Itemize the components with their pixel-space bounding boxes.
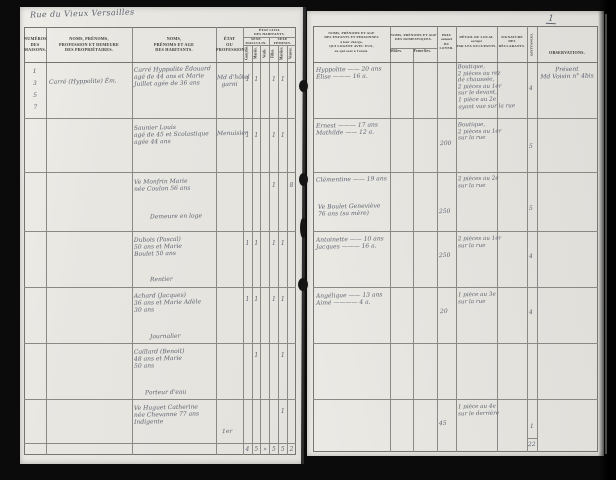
column-rule bbox=[390, 26, 391, 452]
header-domestiques: NOMS, PRÉNOMS ET AGEDES DOMESTIQUES. bbox=[390, 33, 437, 42]
row-rule bbox=[24, 443, 296, 444]
column-rule bbox=[527, 26, 528, 452]
row-rule bbox=[313, 172, 598, 173]
detail-local-entry: 2 pièces au 1ersur la rue bbox=[458, 236, 498, 250]
row-rule bbox=[313, 343, 598, 344]
header-enfants: NOMS, PRÉNOMS ET AGEDES ENFANTS ET PERSO… bbox=[314, 31, 389, 53]
habitants-entry: Ve Monfrin Marienée Coulon 56 ans bbox=[134, 177, 214, 193]
row-rule bbox=[313, 118, 598, 119]
column-rule bbox=[278, 45, 279, 455]
enfants-entry: Ernest ——— 17 ansMathilde —— 12 a. bbox=[316, 121, 388, 137]
habitants-entry: Achard (Jacques)36 ans et Marie Adèle30 … bbox=[134, 291, 214, 314]
row-rule bbox=[24, 231, 296, 232]
row-note: Rentier bbox=[150, 276, 173, 283]
etat-civil-counts: 11 bbox=[243, 352, 296, 359]
page-number: 1 bbox=[546, 16, 556, 24]
enfants-entry: Ve Boulet Geneviève76 ans (sa mère) bbox=[318, 202, 390, 218]
column-rule bbox=[260, 45, 261, 455]
quittances-count: 4 bbox=[529, 253, 533, 260]
header-rule bbox=[24, 62, 296, 63]
binding-stitch bbox=[300, 218, 306, 238]
column-rule bbox=[46, 27, 47, 455]
column-rule bbox=[537, 26, 538, 452]
etat-civil-counts: 1111 bbox=[243, 240, 296, 247]
row-rule bbox=[24, 399, 296, 400]
binding-stitch bbox=[299, 173, 308, 186]
header-numeros: NUMÉROSDESMAISONS. bbox=[24, 36, 46, 53]
row-note: Demeure en loge bbox=[150, 212, 202, 220]
row-note: Journalier bbox=[150, 333, 181, 341]
column-rule bbox=[413, 48, 414, 452]
detail-local-entry: Boutique,2 pièces au 1ersur la rue bbox=[458, 122, 498, 143]
header-etat-civil: ÉTAT CIVILDES HABITANTS. bbox=[243, 28, 296, 37]
header-etat-civil-subcolumns: Garçons.Mariés.Veufs.Filles.Mariées.Veuv… bbox=[243, 45, 296, 62]
row-note: Porteur d'eau bbox=[145, 389, 186, 397]
page-edge bbox=[605, 14, 607, 454]
scanned-census-register: Rue du Vieux Versailles NUMÉROSDESMAISON… bbox=[0, 0, 616, 480]
header-rule bbox=[313, 62, 598, 63]
column-rule bbox=[252, 45, 253, 455]
quittances-count: 4 bbox=[529, 309, 533, 316]
binding-stitch bbox=[298, 278, 308, 291]
prix-loyer-value: 45 bbox=[439, 420, 447, 427]
etat-civil-counts: 1 bbox=[243, 408, 296, 415]
row-rule bbox=[24, 172, 296, 173]
row-rule bbox=[24, 343, 296, 344]
prix-loyer-value: 20 bbox=[440, 308, 448, 315]
binding-stitch bbox=[299, 80, 308, 92]
row-rule bbox=[313, 399, 598, 400]
etat-civil-totals: 45»552 bbox=[243, 446, 296, 453]
enfants-entry: Clémentine —— 19 ans bbox=[316, 175, 388, 184]
header-prix-loyer: PRIXannuelDULOYER. bbox=[437, 33, 456, 51]
prix-loyer-value: 250 bbox=[439, 252, 451, 259]
row-rule bbox=[313, 231, 598, 232]
header-signature: SIGNATUREDESDÉCLARANTS. bbox=[497, 35, 527, 48]
prix-loyer-value: 200 bbox=[440, 140, 452, 147]
header-observations: OBSERVATIONS. bbox=[549, 50, 585, 55]
quittances-count: 5 bbox=[529, 143, 533, 150]
etat-civil-counts: 1111 bbox=[243, 132, 296, 139]
column-rule bbox=[216, 27, 217, 455]
enfants-entry: Angélique —— 13 ansAimé ———— 4 a. bbox=[316, 291, 388, 307]
column-rule bbox=[456, 26, 457, 452]
header-detail-local: DÉTAIL DU LOCALoccupéPAR LES OCCUPANTS. bbox=[456, 35, 497, 48]
column-rule bbox=[437, 26, 438, 452]
quittances-count: 5 bbox=[529, 205, 533, 212]
observations-entry: PrésentMd Voisin n° 4bis bbox=[539, 65, 595, 80]
street-title: Rue du Vieux Versailles bbox=[30, 9, 135, 19]
quittances-total: 22 bbox=[528, 441, 536, 448]
habitants-entry: Dubois (Pascal)50 ans et MarieBoulet 50 … bbox=[134, 235, 214, 258]
page-edge-shadow bbox=[598, 0, 616, 480]
habitants-entry: Ve Huguet Catherinenée Chevanne 77 ansIn… bbox=[134, 403, 214, 426]
etat-civil-counts: 1111 bbox=[243, 76, 296, 83]
row-rule bbox=[313, 287, 598, 288]
etat-civil-counts: 18 bbox=[243, 182, 296, 189]
total-rule bbox=[527, 438, 537, 439]
habitants-entry: Saunier Louisagé de 45 et Scolastiqueagé… bbox=[134, 123, 214, 146]
header-proprietaires: NOMS, PRÉNOMS,PROFESSION ET DEMEUREDES P… bbox=[46, 36, 132, 53]
profession-entry: Menuisier bbox=[217, 130, 242, 138]
etat-mark: 1er bbox=[222, 428, 232, 435]
profession-entry: Md d'hôtelgarni bbox=[217, 74, 242, 89]
header-habitants: NOMS,PRÉNOMS ET AGEDES HABITANTS. bbox=[132, 36, 216, 53]
quittances-count: 4 bbox=[529, 85, 533, 92]
row-rule bbox=[24, 287, 296, 288]
header-etat-profession: ÉTATOUPROFESSION. bbox=[216, 36, 243, 53]
house-numbers: 1357 bbox=[25, 66, 44, 114]
column-rule bbox=[287, 45, 288, 455]
column-rule bbox=[132, 27, 133, 455]
etat-civil-counts: 1111 bbox=[243, 296, 296, 303]
detail-local-entry: 1 pièce au 3esur la rue bbox=[458, 292, 498, 306]
detail-local-entry: Boutique,2 pièces au rezde chaussée,2 pi… bbox=[458, 64, 499, 111]
enfants-entry: Hyppolite —— 20 ansÉlise ——— 16 a. bbox=[316, 65, 388, 81]
habitants-entry: Carré Hyppolite Édouardagé de 44 ans et … bbox=[134, 65, 214, 88]
prix-loyer-value: 250 bbox=[439, 208, 451, 215]
quittances-count: 1 bbox=[530, 423, 534, 430]
habitants-entry: Caillard (Benoit)48 ans et Marie50 ans bbox=[134, 347, 214, 370]
header-domestiques-subcolumns: Mâles.Femelles. bbox=[390, 48, 437, 62]
header-quittances: QUITTANCES. bbox=[527, 28, 537, 60]
row-rule bbox=[24, 118, 296, 119]
detail-local-entry: 2 pièces au 2esur la rue bbox=[458, 176, 498, 190]
detail-local-entry: 1 pièce au 4esur le derrière bbox=[458, 404, 498, 418]
enfants-entry: Antoinette —— 10 ansJacques ——— 16 a. bbox=[316, 235, 388, 251]
